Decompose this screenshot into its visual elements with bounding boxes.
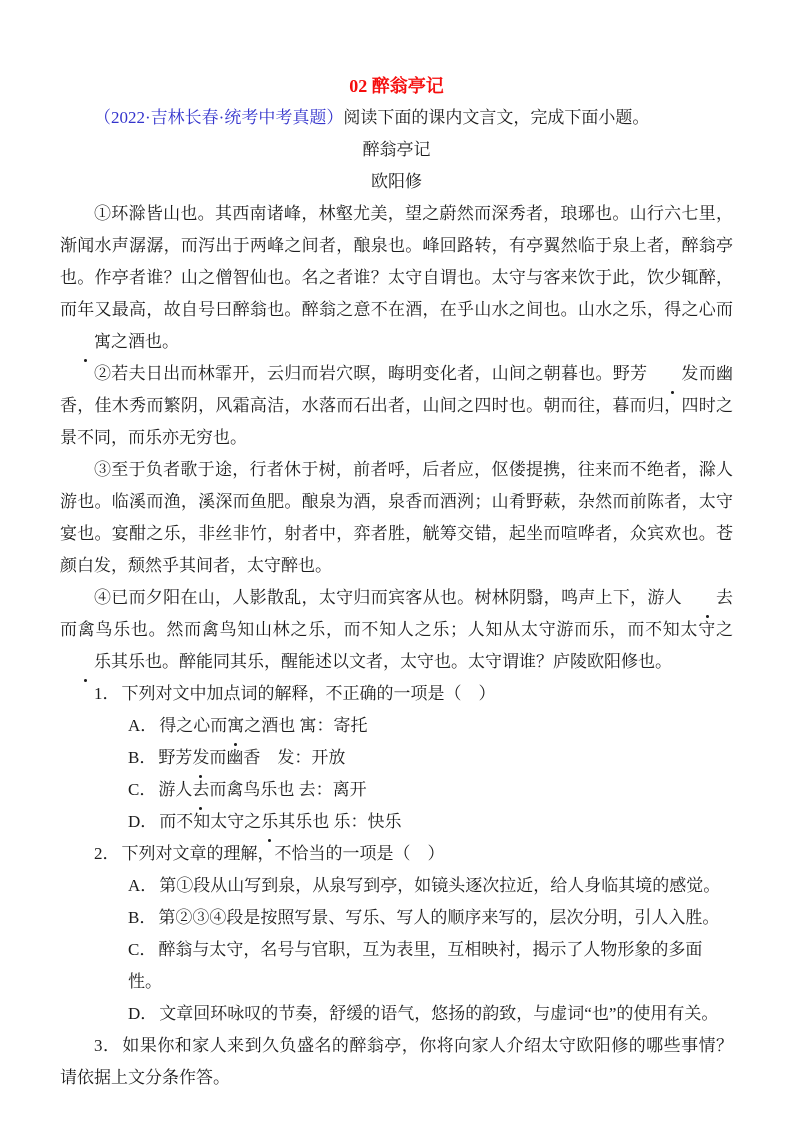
question-block: 2．下列对文章的理解，不恰当的一项是（ ）A．第①段从山写到泉，从泉写到亭，如镜… xyxy=(60,838,733,1030)
question-option: D．文章回环咏叹的节奏，舒缓的语气，悠扬的韵致，与虚词“也”的使用有关。 xyxy=(60,998,733,1030)
text-segment: ③至于负者歌于途，行者休于树，前者呼，后者应，伛偻提携，往来而不绝者，滁人游也。… xyxy=(60,460,733,575)
option-label: B． xyxy=(128,748,156,767)
question-option: B．第②③④段是按照写景、写乐、写人的顺序来写的，层次分明，引人入胜。 xyxy=(60,902,733,934)
text-segment: 野芳 xyxy=(158,748,192,767)
text-segment: 文章回环咏叹的节奏，舒缓的语气，悠扬的韵致，与虚词“也”的使用有关。 xyxy=(159,1004,718,1023)
text-segment: 而不知太守之 xyxy=(159,812,261,831)
essay-paragraph: ②若夫日出而林霏开，云归而岩穴暝，晦明变化者，山间之朝暮也。野芳发而幽香，佳木秀… xyxy=(60,358,733,454)
essay-author: 欧阳修 xyxy=(60,166,733,198)
text-segment: 游人 xyxy=(158,780,192,799)
text-segment: 之酒也 寓：寄托 xyxy=(244,716,367,735)
text-segment: 而禽鸟乐也 去：离开 xyxy=(209,780,366,799)
option-label: B． xyxy=(128,908,156,927)
question-option: A．第①段从山写到泉，从泉写到亭，如镜头逐次拉近，给人身临其境的感觉。 xyxy=(60,870,733,902)
emphasized-char: 寓 xyxy=(227,710,244,742)
question-stem: 1．下列对文中加点词的解释，不正确的一项是（ ） xyxy=(60,678,733,710)
option-text: 第①段从山写到泉，从泉写到亭，如镜头逐次拉近，给人身临其境的感觉。 xyxy=(159,876,720,895)
exam-source-tag: （2022·吉林长春·统考中考真题） xyxy=(94,108,343,127)
text-segment: 之酒也。 xyxy=(111,332,179,351)
essay-paragraph: ④已而夕阳在山，人影散乱，太守归而宾客从也。树林阴翳，鸣声上下，游人去而禽鸟乐也… xyxy=(60,582,733,678)
option-label: A． xyxy=(128,876,157,895)
question-stem: 3．如果你和家人来到久负盛名的醉翁亭，你将向家人介绍太守欧阳修的哪些事情？请依据… xyxy=(60,1030,733,1094)
option-text: 得之心而寓之酒也 寓：寄托 xyxy=(159,716,367,735)
essay-title: 醉翁亭记 xyxy=(60,134,733,166)
option-label: C． xyxy=(128,940,156,959)
option-text: 文章回环咏叹的节奏，舒缓的语气，悠扬的韵致，与虚词“也”的使用有关。 xyxy=(159,1004,718,1023)
option-text: 野芳发而幽香 发：开放 xyxy=(158,748,345,767)
emphasized-char: 去 xyxy=(192,774,209,806)
emphasized-char: 乐 xyxy=(261,806,278,838)
emphasized-char: 乐 xyxy=(60,646,111,678)
option-label: D． xyxy=(128,1004,157,1023)
text-segment: ④已而夕阳在山，人影散乱，太守归而宾客从也。树林阴翳，鸣声上下，游人 xyxy=(94,588,682,607)
emphasized-char: 发 xyxy=(647,358,698,390)
question-option: C．醉翁与太守，名号与官职，互为表里，互相映衬，揭示了人物形象的多面性。 xyxy=(60,934,733,998)
question-number: 3． xyxy=(94,1036,120,1055)
document-page: 02 醉翁亭记 （2022·吉林长春·统考中考真题）阅读下面的课内文言文，完成下… xyxy=(0,0,793,1122)
question-option: C．游人去而禽鸟乐也 去：离开 xyxy=(60,774,733,806)
option-text: 第②③④段是按照写景、写乐、写人的顺序来写的，层次分明，引人入胜。 xyxy=(158,908,719,927)
intro-instruction: 阅读下面的课内文言文，完成下面小题。 xyxy=(343,108,649,127)
essay-paragraph: ③至于负者歌于途，行者休于树，前者呼，后者应，伛偻提携，往来而不绝者，滁人游也。… xyxy=(60,454,733,582)
option-text: 醉翁与太守，名号与官职，互为表里，互相映衬，揭示了人物形象的多面性。 xyxy=(128,940,702,991)
question-text: 如果你和家人来到久负盛名的醉翁亭，你将向家人介绍太守欧阳修的哪些事情？请依据上文… xyxy=(60,1036,733,1087)
question-block: 1．下列对文中加点词的解释，不正确的一项是（ ）A．得之心而寓之酒也 寓：寄托B… xyxy=(60,678,733,838)
emphasized-char: 寓 xyxy=(60,326,111,358)
document-title: 02 醉翁亭记 xyxy=(60,70,733,102)
question-option: D．而不知太守之乐其乐也 乐：快乐 xyxy=(60,806,733,838)
emphasized-char: 去 xyxy=(682,582,733,614)
option-label: D． xyxy=(128,812,157,831)
question-block: 3．如果你和家人来到久负盛名的醉翁亭，你将向家人介绍太守欧阳修的哪些事情？请依据… xyxy=(60,1030,733,1094)
text-segment: ①环滁皆山也。其西南诸峰，林壑尤美，望之蔚然而深秀者，琅琊也。山行六七里，渐闻水… xyxy=(60,204,733,319)
essay-paragraphs: ①环滁皆山也。其西南诸峰，林壑尤美，望之蔚然而深秀者，琅琊也。山行六七里，渐闻水… xyxy=(60,198,733,678)
option-text: 游人去而禽鸟乐也 去：离开 xyxy=(158,780,366,799)
text-segment: 得之心而 xyxy=(159,716,227,735)
question-stem: 2．下列对文章的理解，不恰当的一项是（ ） xyxy=(60,838,733,870)
text-segment: 而幽香 发：开放 xyxy=(209,748,345,767)
question-option: B．野芳发而幽香 发：开放 xyxy=(60,742,733,774)
question-text: 下列对文中加点词的解释，不正确的一项是（ ） xyxy=(122,684,496,703)
option-text: 而不知太守之乐其乐也 乐：快乐 xyxy=(159,812,401,831)
question-text: 下列对文章的理解，不恰当的一项是（ ） xyxy=(122,844,445,863)
text-segment: 醉翁与太守，名号与官职，互为表里，互相映衬，揭示了人物形象的多面性。 xyxy=(128,940,702,991)
text-segment: 其乐也 乐：快乐 xyxy=(278,812,401,831)
question-number: 2． xyxy=(94,844,120,863)
intro-line: （2022·吉林长春·统考中考真题）阅读下面的课内文言文，完成下面小题。 xyxy=(60,102,733,134)
text-segment: 第②③④段是按照写景、写乐、写人的顺序来写的，层次分明，引人入胜。 xyxy=(158,908,719,927)
question-number: 1． xyxy=(94,684,120,703)
text-segment: 第①段从山写到泉，从泉写到亭，如镜头逐次拉近，给人身临其境的感觉。 xyxy=(159,876,720,895)
question-list: 1．下列对文中加点词的解释，不正确的一项是（ ）A．得之心而寓之酒也 寓：寄托B… xyxy=(60,678,733,1094)
essay-paragraph: ①环滁皆山也。其西南诸峰，林壑尤美，望之蔚然而深秀者，琅琊也。山行六七里，渐闻水… xyxy=(60,198,733,358)
text-segment: ②若夫日出而林霏开，云归而岩穴暝，晦明变化者，山间之朝暮也。野芳 xyxy=(94,364,647,383)
text-segment: 而禽鸟乐也。然而禽鸟知山林之乐，而不知人之乐；人知从太守游而乐，而不知太守之 xyxy=(60,620,733,639)
question-option: A．得之心而寓之酒也 寓：寄托 xyxy=(60,710,733,742)
option-label: A． xyxy=(128,716,157,735)
option-label: C． xyxy=(128,780,156,799)
text-segment: 其乐也。醉能同其乐，醒能述以文者，太守也。太守谓谁？庐陵欧阳修也。 xyxy=(111,652,672,671)
emphasized-char: 发 xyxy=(192,742,209,774)
